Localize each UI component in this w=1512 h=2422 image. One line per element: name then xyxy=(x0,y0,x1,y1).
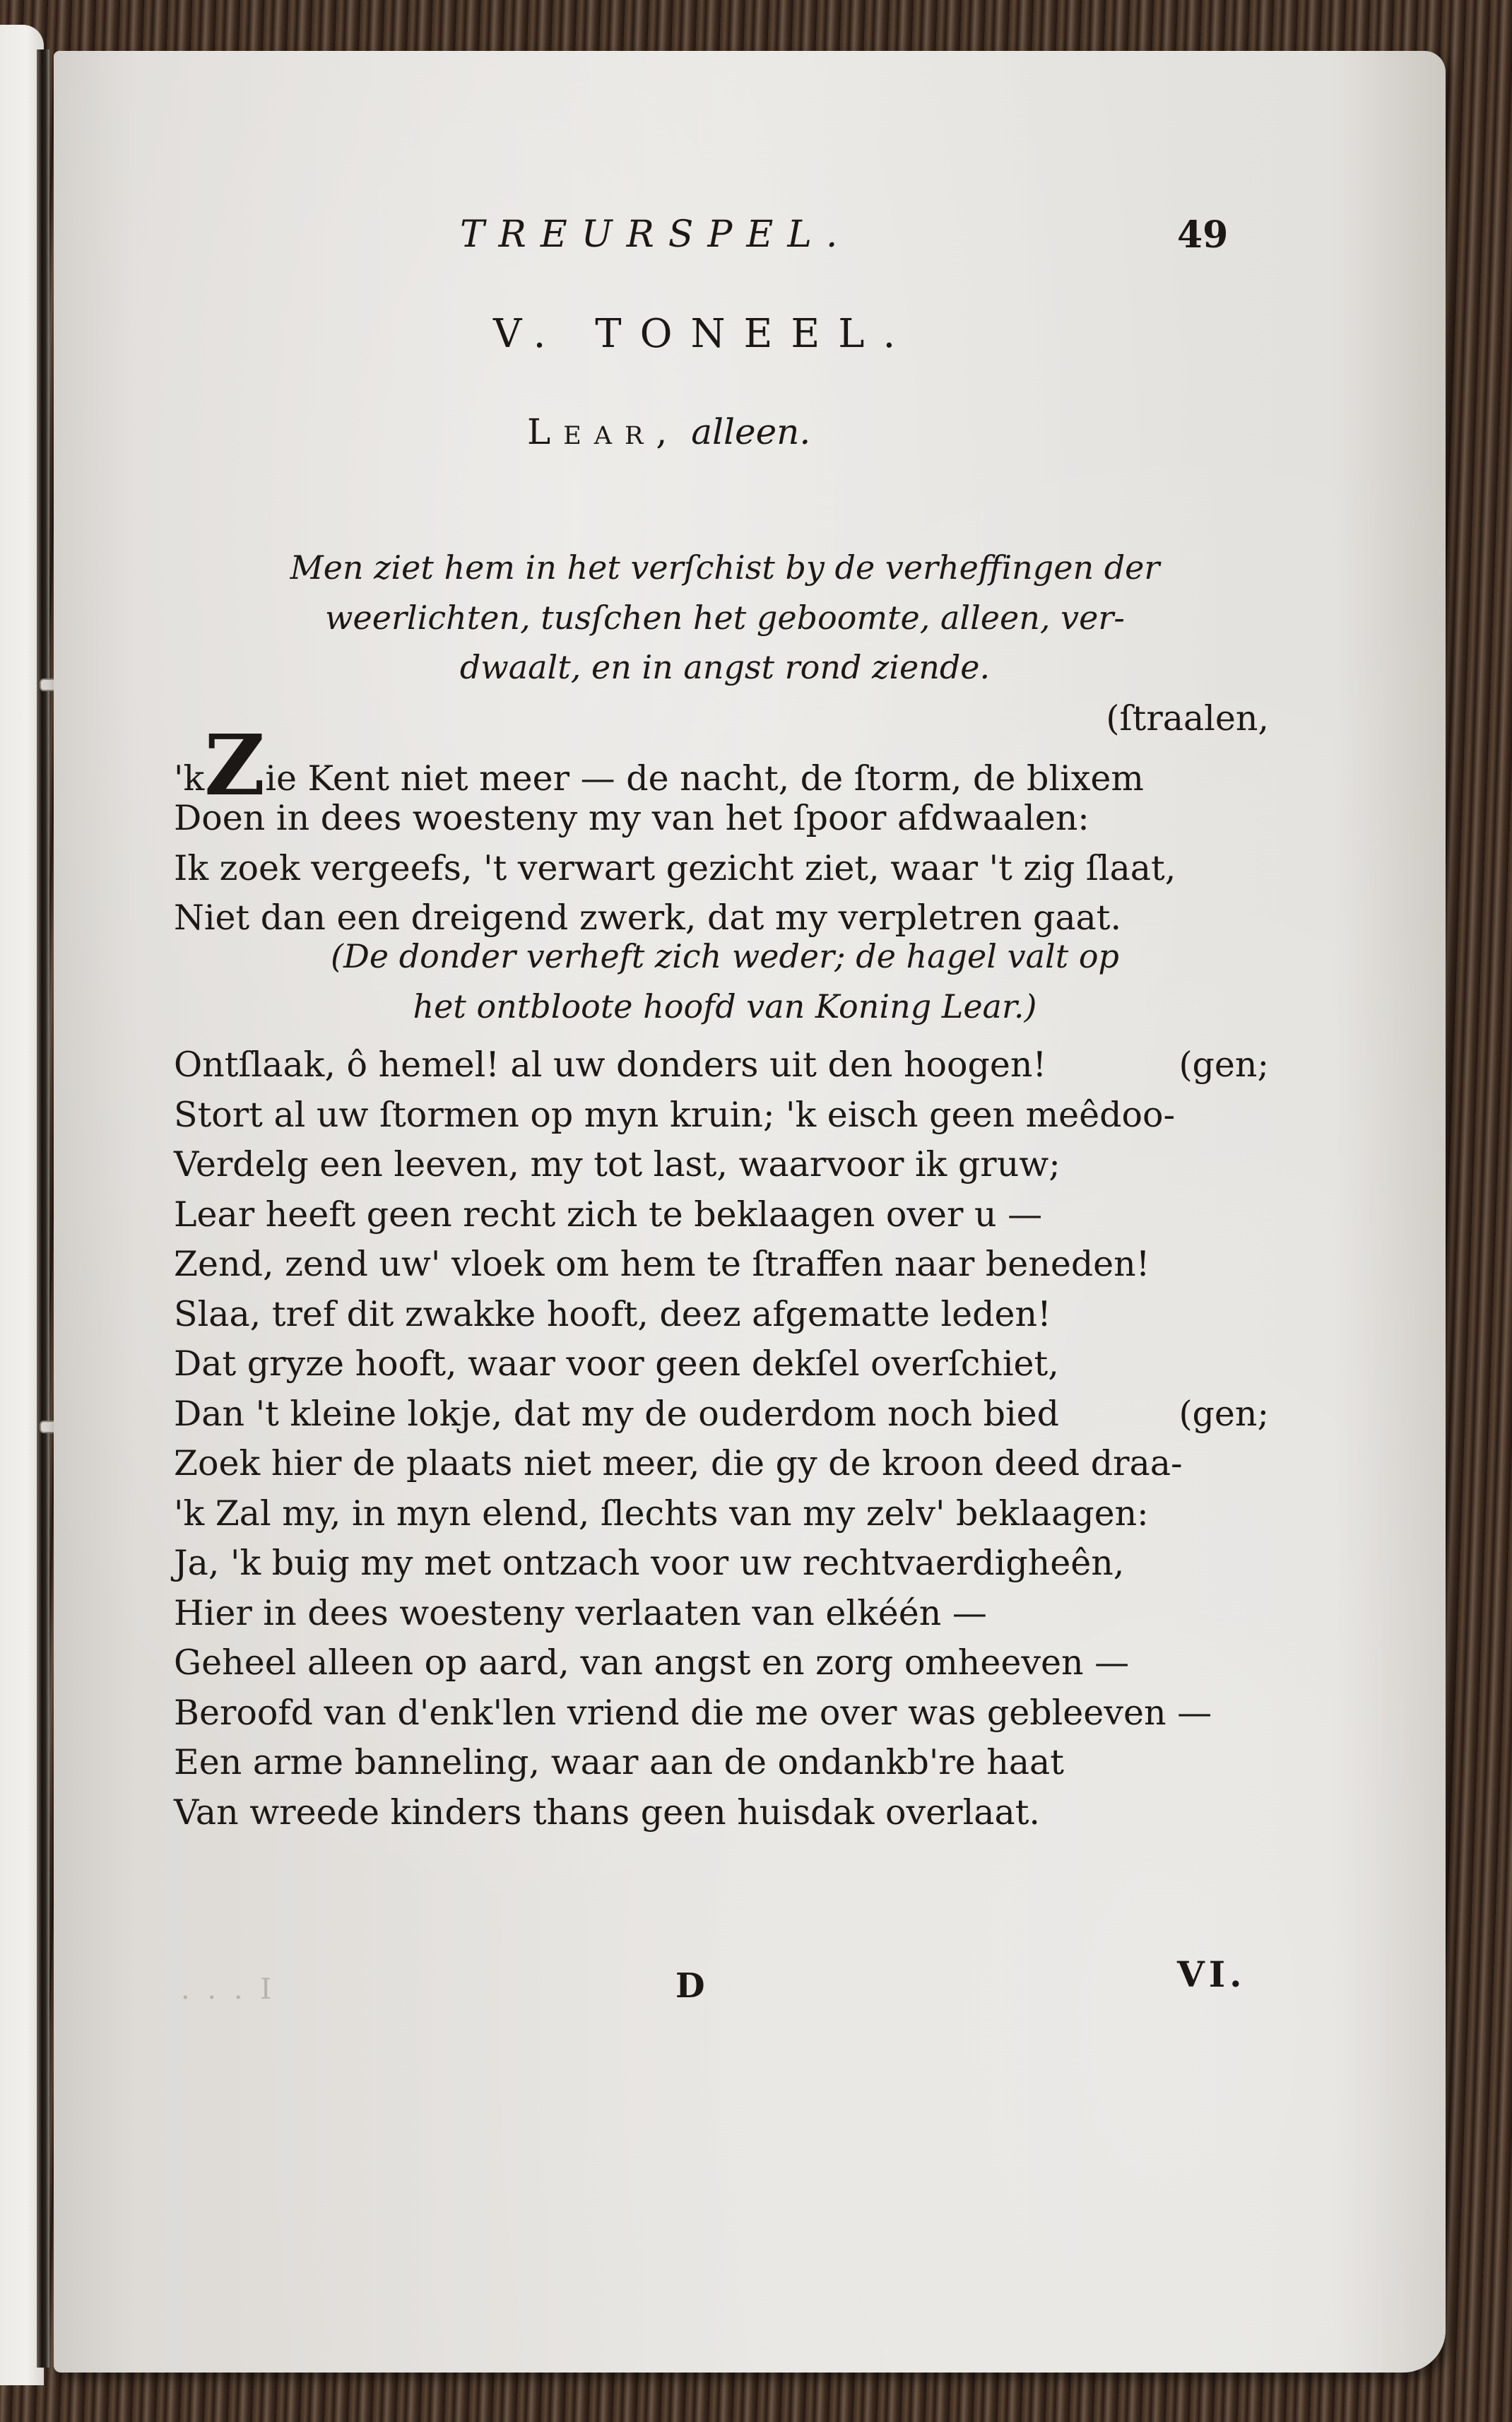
verse-line: Verdelg een leeven, my tot last, waarvoo… xyxy=(174,1140,1318,1190)
verse-line-text: Dan 't kleine lokje, dat my de ouderdom … xyxy=(174,1394,1059,1434)
verse-line: Zoek hier de plaats niet meer, die gy de… xyxy=(174,1439,1318,1489)
stage-direction: (De donder verheft zich weder; de hagel … xyxy=(167,931,1283,1031)
verse-line: Ja, 'k buig my met ontzach voor uw recht… xyxy=(174,1539,1318,1589)
stage-direction-line: dwaalt, en in angst rond ziende. xyxy=(167,642,1283,693)
verse-line-text: ie Kent niet meer — de nacht, de ſtorm, … xyxy=(265,758,1144,799)
verse-line: Een arme banneling, waar aan de ondankb'… xyxy=(174,1738,1318,1788)
verse-turnover: (gen; xyxy=(1179,1040,1269,1091)
show-through-text: . . . I xyxy=(181,1973,276,2006)
verse-line: Doen in dees woesteny my van het ſpoor a… xyxy=(174,794,1318,844)
verse-line: Dan 't kleine lokje, dat my de ouderdom … xyxy=(174,1389,1318,1440)
catchword: VI. xyxy=(1177,1953,1246,1995)
verse-line: 'k Zal my, in myn elend, ſlechts van my … xyxy=(174,1489,1318,1539)
stage-direction-line: (De donder verheft zich weder; de hagel … xyxy=(167,931,1283,982)
verse-line-text: Ontſlaak, ô hemel! al uw donders uit den… xyxy=(174,1045,1046,1085)
speaker-qualifier: alleen. xyxy=(691,411,810,452)
verse-block: (ſtraalen, 'kZie Kent niet meer — de nac… xyxy=(174,694,1318,943)
verse-line: Slaa, tref dit zwakke hooft, deez afgema… xyxy=(174,1290,1318,1340)
verse-line: Ik zoek vergeefs, 't verwart gezicht zie… xyxy=(174,844,1318,894)
book-gutter xyxy=(37,49,49,2368)
stage-direction-line: het ontbloote hoofd van Koning Lear.) xyxy=(167,982,1283,1032)
verse-turnover: (gen; xyxy=(1179,1389,1269,1440)
scene-heading: V. TONEEL. xyxy=(493,311,914,357)
drop-cap-prefix: 'k xyxy=(174,758,204,799)
stage-direction-line: weerlichten, tusſchen het geboomte, alle… xyxy=(167,593,1283,643)
book-page: TREURSPEL. 49 V. TONEEL. Lear, alleen. M… xyxy=(54,51,1446,2373)
verse-turnover: (ſtraalen, xyxy=(1106,694,1269,744)
verse-turnover-line: (ſtraalen, xyxy=(174,694,1318,744)
running-head-title: TREURSPEL. xyxy=(460,213,851,256)
stage-direction-line: Men ziet hem in het verſchist by de verh… xyxy=(167,543,1283,593)
verse-line: 'kZie Kent niet meer — de nacht, de ſtor… xyxy=(174,744,1318,794)
signature-mark: D xyxy=(675,1966,705,2006)
speaker-heading: Lear, alleen. xyxy=(527,411,810,452)
verse-line: Hier in dees woesteny verlaaten van elké… xyxy=(174,1589,1318,1639)
verse-line: Stort al uw ſtormen op myn kruin; 'k eis… xyxy=(174,1091,1318,1141)
speaker-name: Lear, xyxy=(527,411,680,452)
verse-line: Zend, zend uw' vloek om hem te ſtraffen … xyxy=(174,1240,1318,1290)
verse-line: Lear heeft geen recht zich te beklaagen … xyxy=(174,1190,1318,1240)
verse-block: Ontſlaak, ô hemel! al uw donders uit den… xyxy=(174,1040,1318,1838)
verse-line: Ontſlaak, ô hemel! al uw donders uit den… xyxy=(174,1040,1318,1091)
stage-direction: Men ziet hem in het verſchist by de verh… xyxy=(167,543,1283,693)
verse-line: Van wreede kinders thans geen huisdak ov… xyxy=(174,1788,1318,1838)
verse-line: Dat gryze hooft, waar voor geen dekſel o… xyxy=(174,1339,1318,1389)
verse-line: Geheel alleen op aard, van angst en zorg… xyxy=(174,1638,1318,1688)
verse-line: Beroofd van d'enk'len vriend die me over… xyxy=(174,1688,1318,1739)
page-number: 49 xyxy=(1177,213,1228,257)
